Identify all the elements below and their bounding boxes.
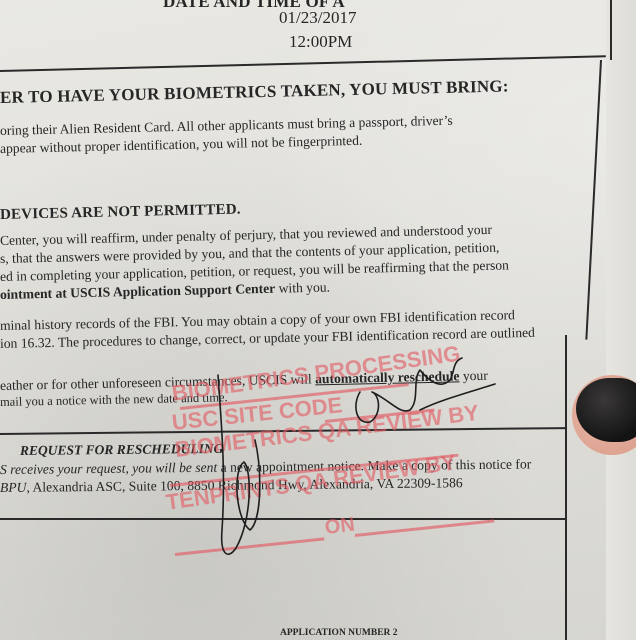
- signature-scribble: [0, 0, 636, 640]
